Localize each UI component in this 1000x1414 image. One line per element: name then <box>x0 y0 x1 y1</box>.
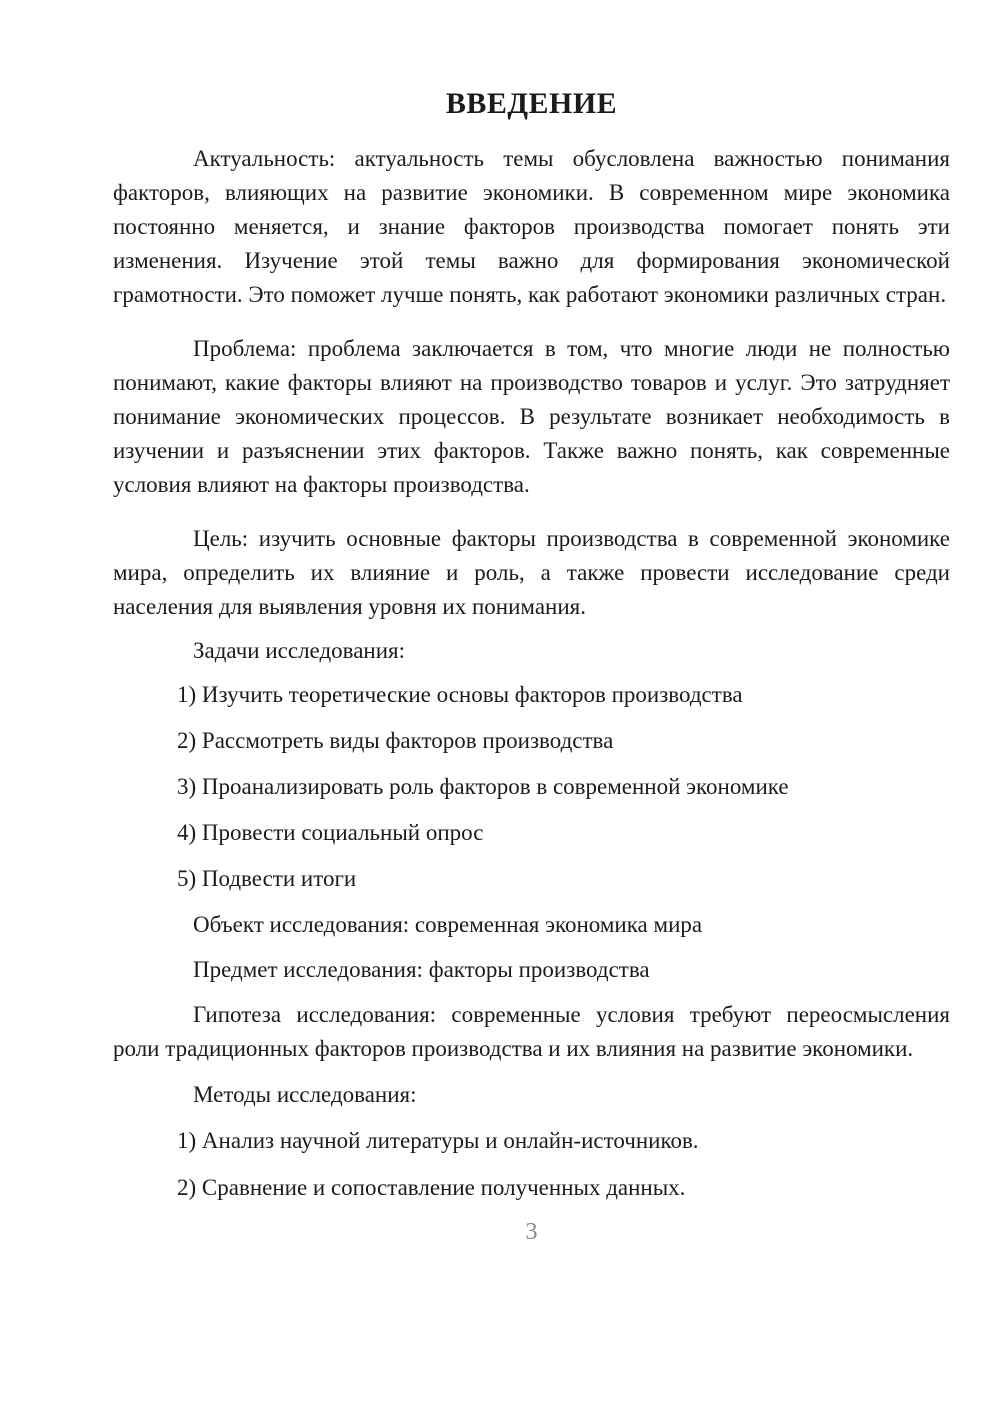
task-item-2: 2) Рассмотреть виды факторов производств… <box>113 724 950 758</box>
method-item-2: 2) Сравнение и сопоставление полученных … <box>113 1171 950 1205</box>
document-page: ВВЕДЕНИЕ Актуальность: актуальность темы… <box>0 0 1000 1414</box>
research-object-line: Объект исследования: современная экономи… <box>113 908 950 942</box>
task-item-5: 5) Подвести итоги <box>113 862 950 896</box>
page-title: ВВЕДЕНИЕ <box>113 86 950 122</box>
document-content: ВВЕДЕНИЕ Актуальность: актуальность темы… <box>113 86 950 1247</box>
task-item-1: 1) Изучить теоретические основы факторов… <box>113 678 950 712</box>
research-subject-line: Предмет исследования: факторы производст… <box>113 953 950 987</box>
task-item-4: 4) Провести социальный опрос <box>113 816 950 850</box>
task-item-3: 3) Проанализировать роль факторов в совр… <box>113 770 950 804</box>
paragraph-goal: Цель: изучить основные факторы производс… <box>113 522 950 624</box>
paragraph-problem: Проблема: проблема заключается в том, чт… <box>113 332 950 502</box>
tasks-label: Задачи исследования: <box>113 634 950 668</box>
paragraph-relevance: Актуальность: актуальность темы обусловл… <box>113 142 950 312</box>
methods-label: Методы исследования: <box>113 1078 950 1112</box>
page-number: 3 <box>113 1217 950 1247</box>
method-item-1: 1) Анализ научной литературы и онлайн-ис… <box>113 1124 950 1158</box>
paragraph-hypothesis: Гипотеза исследования: современные услов… <box>113 998 950 1066</box>
